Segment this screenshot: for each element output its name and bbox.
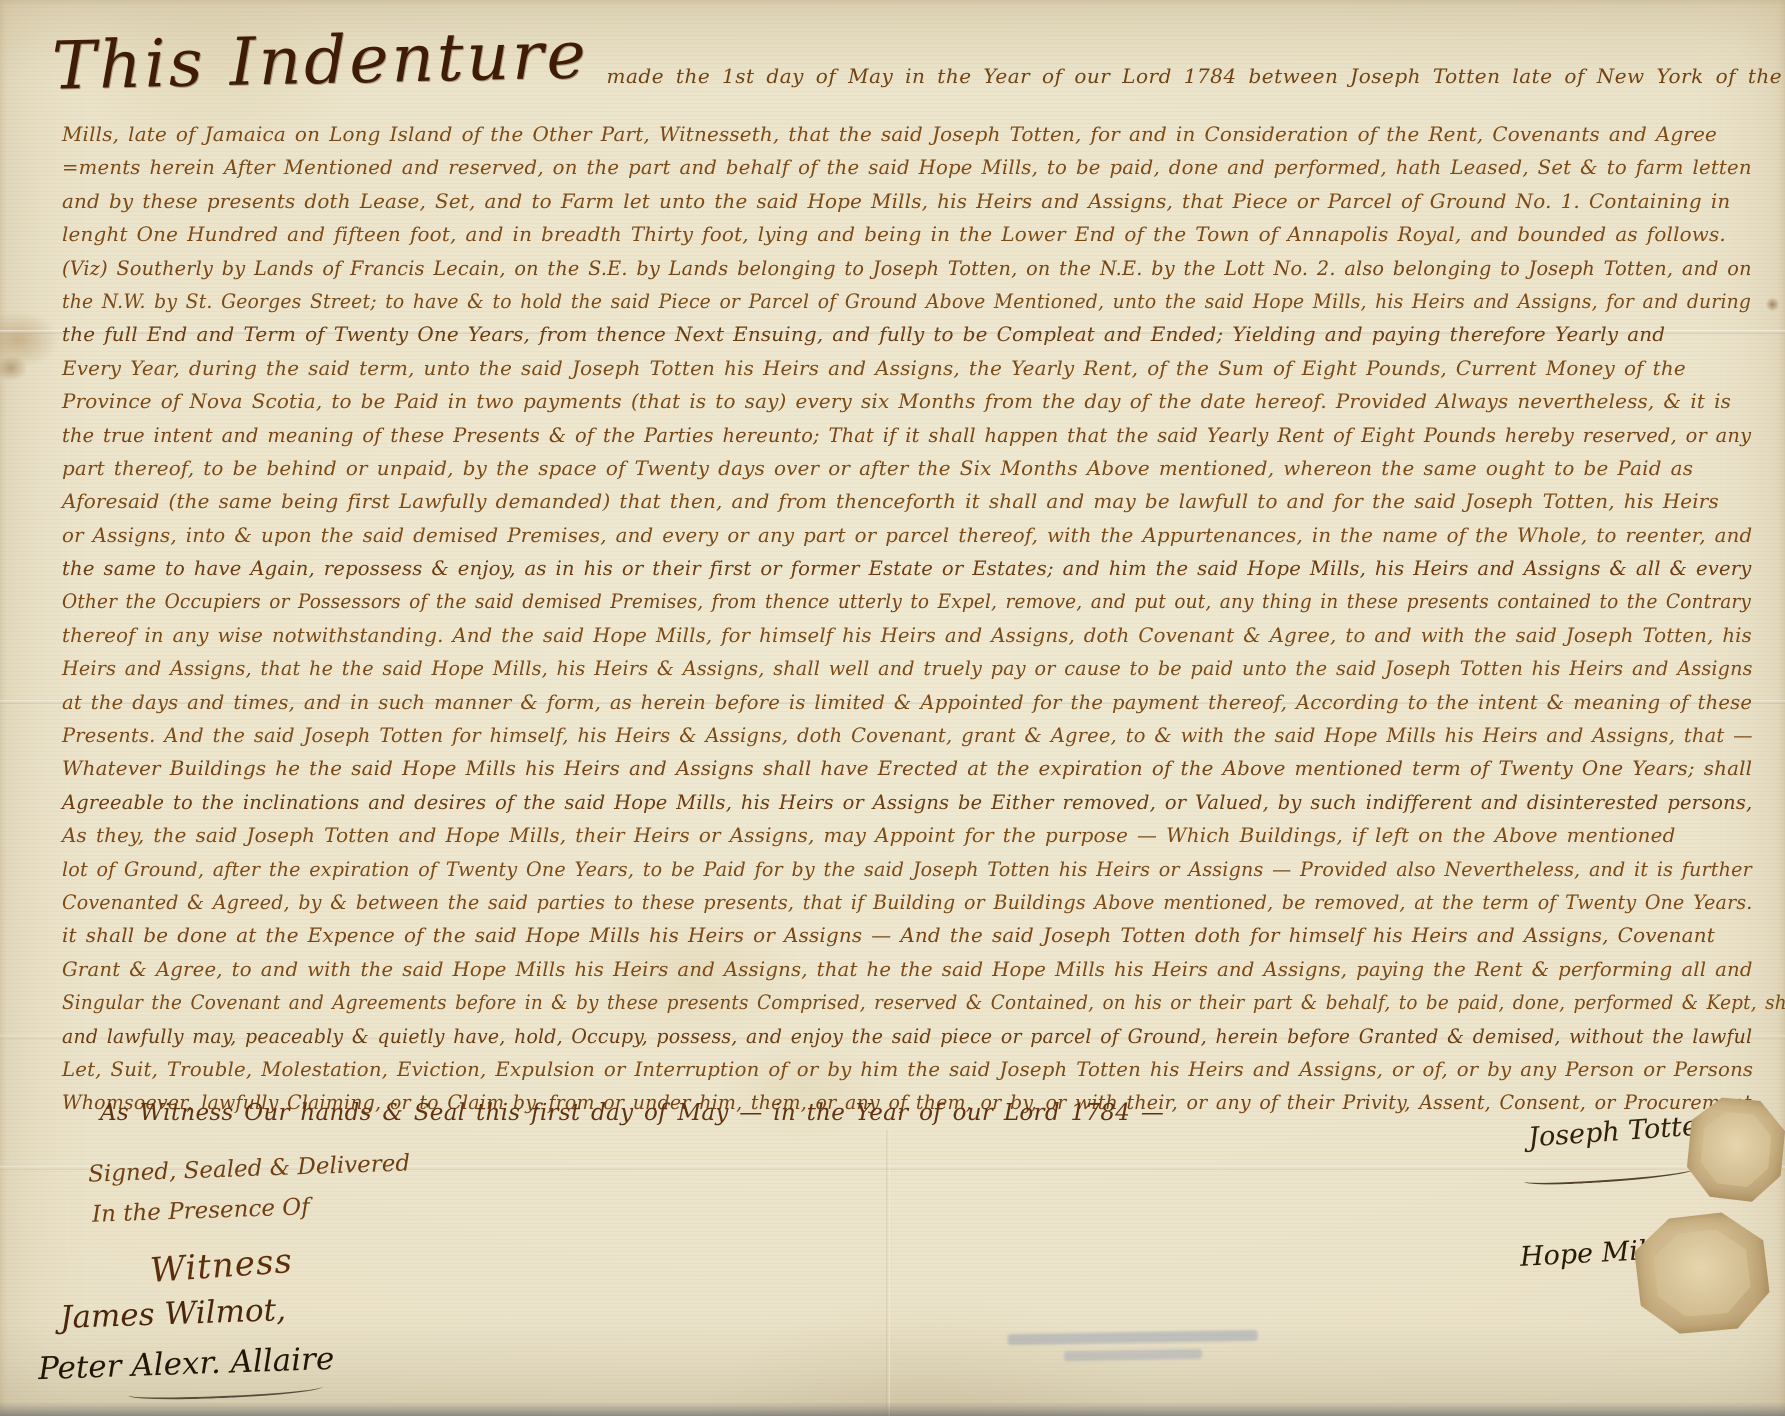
- manuscript-body: Mills, late of Jamaica on Long Island of…: [62, 118, 1762, 1120]
- witness-flourish: [128, 1381, 323, 1402]
- manuscript-line: and lawfully may, peaceably & quietly ha…: [62, 1020, 1670, 1053]
- faint-archival-stamp: [1008, 1330, 1259, 1380]
- manuscript-line: lot of Ground, after the expiration of T…: [62, 853, 1684, 886]
- stamp-line: [1064, 1349, 1202, 1361]
- manuscript-line: Heirs and Assigns, that he the said Hope…: [62, 652, 1691, 685]
- scan-edge-shadow: [0, 1402, 1785, 1416]
- manuscript-line: Every Year, during the said term, unto t…: [62, 352, 1752, 385]
- manuscript-line: Whatever Buildings he the said Hope Mill…: [62, 752, 1748, 785]
- manuscript-line: Province of Nova Scotia, to be Paid in t…: [62, 385, 1752, 418]
- fold-crease-vertical: [886, 1130, 890, 1416]
- witness-signature-peter-allaire: Peter Alexr. Allaire: [37, 1341, 334, 1387]
- manuscript-line: Singular the Covenant and Agreements bef…: [62, 986, 1626, 1019]
- manuscript-line: Other the Occupiers or Possessors of the…: [62, 585, 1631, 618]
- manuscript-line: it shall be done at the Expence of the s…: [62, 919, 1752, 952]
- manuscript-line: Grant & Agree, to and with the said Hope…: [62, 953, 1733, 986]
- manuscript-line: Agreeable to the inclinations and desire…: [62, 786, 1713, 819]
- manuscript-line: the N.W. by St. Georges Street; to have …: [62, 285, 1657, 318]
- manuscript-line: the same to have Again, repossess & enjo…: [62, 552, 1725, 585]
- stamp-line: [1008, 1330, 1258, 1345]
- heading-first-line: made the 1st day of May in the Year of o…: [589, 64, 1785, 88]
- manuscript-line: or Assigns, into & upon the said demised…: [62, 519, 1740, 552]
- manuscript-line: As they, the said Joseph Totten and Hope…: [62, 819, 1752, 852]
- attestation-line: Signed, Sealed & Delivered: [88, 1150, 411, 1187]
- opening-words: This Indenture: [51, 16, 589, 104]
- manuscript-line: lenght One Hundred and fifteen foot, and…: [62, 218, 1752, 251]
- attestation-line: In the Presence Of: [92, 1194, 310, 1228]
- manuscript-line: part thereof, to be behind or unpaid, by…: [62, 452, 1752, 485]
- scanned-document: This Indenture made the 1st day of May i…: [0, 0, 1785, 1416]
- manuscript-line: =ments herein After Mentioned and reserv…: [62, 151, 1733, 184]
- witness-signature-james-wilmot: James Wilmot,: [59, 1292, 286, 1336]
- witness-clause: As Witness Our hands & Seal this first d…: [100, 1100, 1164, 1126]
- wax-seal-bottom: [1632, 1210, 1772, 1337]
- manuscript-line: Aforesaid (the same being first Lawfully…: [62, 485, 1752, 518]
- manuscript-line: Mills, late of Jamaica on Long Island of…: [62, 118, 1752, 151]
- witness-label: Witness: [149, 1241, 294, 1291]
- manuscript-line: Covenanted & Agreed, by & between the sa…: [62, 886, 1675, 919]
- signature-flourish: [1524, 1164, 1696, 1187]
- manuscript-line: thereof in any wise notwithstanding. And…: [62, 619, 1730, 652]
- manuscript-line: Let, Suit, Trouble, Molestation, Evictio…: [62, 1053, 1733, 1086]
- document-heading: This Indenture made the 1st day of May i…: [52, 22, 1785, 99]
- manuscript-line: and by these presents doth Lease, Set, a…: [62, 185, 1752, 218]
- manuscript-line: the true intent and meaning of these Pre…: [62, 419, 1708, 452]
- manuscript-paper: This Indenture made the 1st day of May i…: [0, 0, 1785, 1416]
- manuscript-line: at the days and times, and in such manne…: [62, 686, 1725, 719]
- manuscript-line: Presents. And the said Joseph Totten for…: [62, 719, 1713, 752]
- manuscript-line: (Viz) Southerly by Lands of Francis Leca…: [62, 252, 1696, 285]
- manuscript-line: the full End and Term of Twenty One Year…: [62, 318, 1752, 351]
